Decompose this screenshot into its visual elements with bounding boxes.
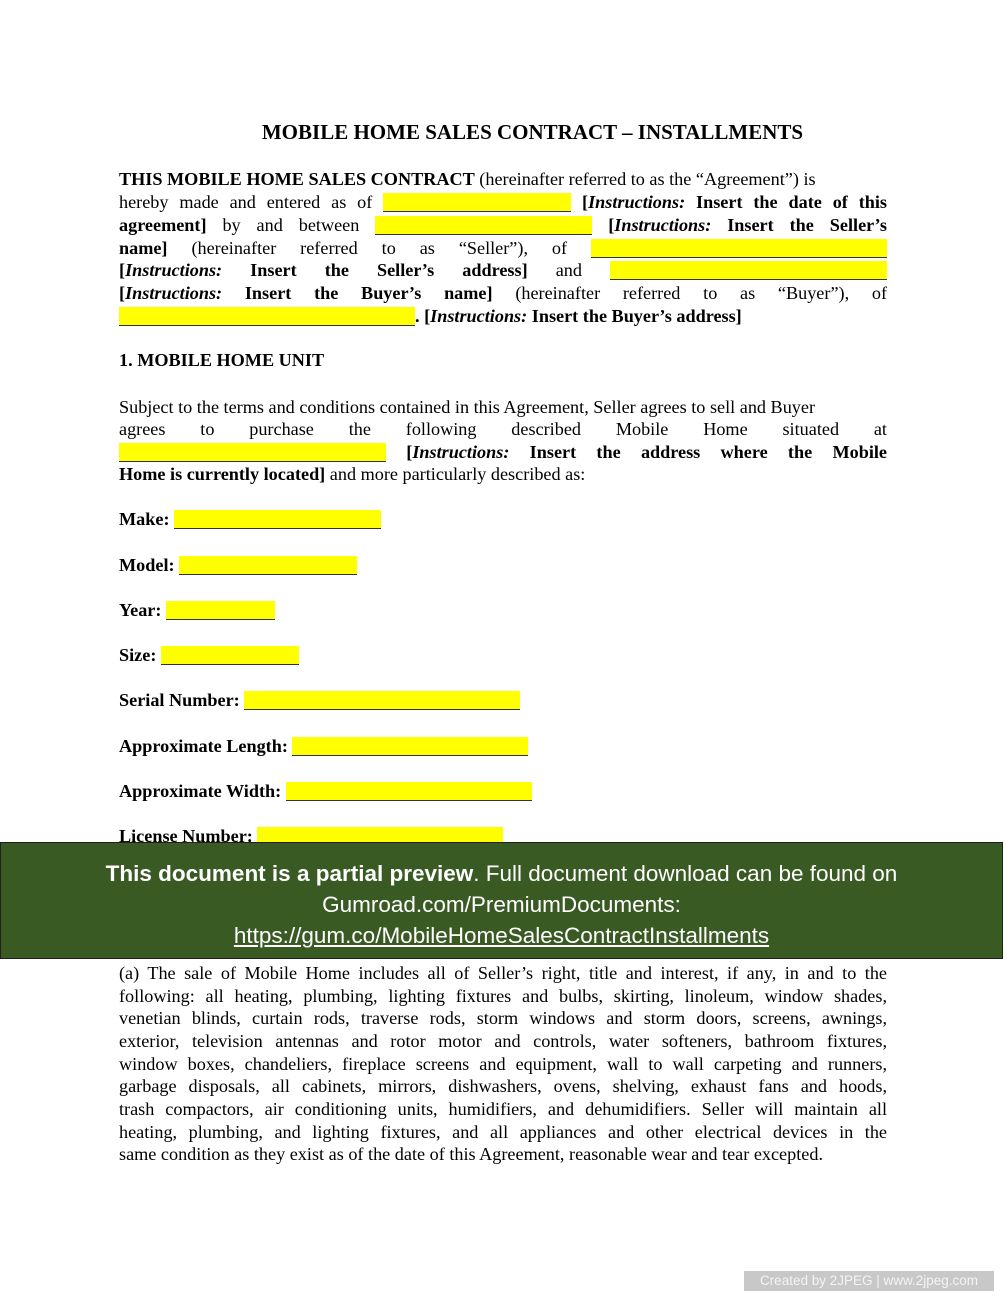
instructions-text: Insert the address where the Mobile <box>530 442 887 462</box>
mobile-home-address-field[interactable] <box>119 443 386 462</box>
field-label: Year: <box>119 600 161 620</box>
section-heading: 1. MOBILE HOME UNIT <box>119 350 324 371</box>
intro-text: (hereinafter referred to as “Buyer”), of <box>515 283 887 303</box>
banner-text: . Full document download can be found on <box>473 861 897 886</box>
paragraph-a-line: (a) The sale of Mobile Home includes all… <box>119 962 887 984</box>
serial-number-input[interactable] <box>244 691 520 710</box>
instructions-label: Instructions: <box>614 215 711 235</box>
intro-text: (hereinafter referred to as “Seller”), o… <box>191 238 567 258</box>
field-serial-number: Serial Number: <box>119 689 887 711</box>
buyer-address-field[interactable] <box>119 307 415 326</box>
make-input[interactable] <box>174 510 381 529</box>
intro-line-5: [Instructions: Insert the Seller’s addre… <box>119 259 887 281</box>
section-text: and more particularly described as: <box>325 464 585 484</box>
paragraph-a-line: following: all heating, plumbing, lighti… <box>119 985 887 1007</box>
paragraph-a-line: trash compactors, air conditioning units… <box>119 1098 887 1120</box>
instructions-text: Insert the Buyer’s name] <box>245 283 493 303</box>
document-title: MOBILE HOME SALES CONTRACT – INSTALLMENT… <box>0 120 1005 145</box>
instructions-label: Instructions: <box>125 260 222 280</box>
intro-line-7: . [Instructions: Insert the Buyer’s addr… <box>119 305 887 327</box>
field-year: Year: <box>119 599 887 621</box>
agreement-date-field[interactable] <box>383 193 571 212</box>
paragraph-a-line: exterior, television antennas and rotor … <box>119 1030 887 1052</box>
intro-contract-name: THIS MOBILE HOME SALES CONTRACT <box>119 169 475 189</box>
download-link[interactable]: https://gum.co/MobileHomeSalesContractIn… <box>234 923 769 948</box>
banner-line-1: This document is a partial preview. Full… <box>1 858 1002 889</box>
intro-line-6: [Instructions: Insert the Buyer’s name] … <box>119 282 887 304</box>
instructions-label: Instructions: <box>125 283 222 303</box>
year-input[interactable] <box>166 601 275 620</box>
paragraph-a-line: window boxes, chandeliers, fireplace scr… <box>119 1053 887 1075</box>
approximate-width-input[interactable] <box>286 782 532 801</box>
buyer-name-field[interactable] <box>610 261 887 280</box>
paragraph-a-line: venetian blinds, curtain rods, traverse … <box>119 1007 887 1029</box>
field-label: Size: <box>119 645 156 665</box>
field-approximate-length: Approximate Length: <box>119 735 887 757</box>
document-page: MOBILE HOME SALES CONTRACT – INSTALLMENT… <box>0 0 1005 1301</box>
field-model: Model: <box>119 554 887 576</box>
intro-line-3: agreement] by and between [Instructions:… <box>119 214 887 236</box>
intro-line-4: name] (hereinafter referred to as “Selle… <box>119 237 887 259</box>
watermark: Created by 2JPEG | www.2jpeg.com <box>744 1271 994 1291</box>
paragraph-a-line: same condition as they exist as of the d… <box>119 1143 887 1165</box>
instructions-text: Insert the date of this <box>696 192 887 212</box>
intro-text: by and between <box>222 215 359 235</box>
seller-address-field[interactable] <box>591 239 887 258</box>
instructions-text: Insert the Seller’s address] <box>250 260 527 280</box>
instructions-text: Insert the Seller’s <box>727 215 887 235</box>
size-input[interactable] <box>161 646 299 665</box>
field-label: Model: <box>119 555 175 575</box>
intro-text: hereby made and entered as of <box>119 192 372 212</box>
field-label: Serial Number: <box>119 690 240 710</box>
instructions-label: Instructions: <box>430 306 527 326</box>
seller-name-field[interactable] <box>375 216 592 235</box>
banner-line-2: Gumroad.com/PremiumDocuments: <box>1 889 1002 920</box>
field-make: Make: <box>119 508 887 530</box>
instructions-text: Insert the Buyer’s address] <box>532 306 742 326</box>
intro-text: (hereinafter referred to as the “Agreeme… <box>475 169 816 189</box>
approximate-length-input[interactable] <box>292 737 528 756</box>
instructions-text: agreement] <box>119 215 207 235</box>
intro-line-1: THIS MOBILE HOME SALES CONTRACT (hereina… <box>119 168 887 190</box>
field-size: Size: <box>119 644 887 666</box>
banner-bold-text: This document is a partial preview <box>106 861 474 886</box>
instructions-text: Home is currently located] <box>119 464 325 484</box>
section1-line-4: Home is currently located] and more part… <box>119 463 887 485</box>
field-label: Approximate Length: <box>119 736 288 756</box>
field-label: Approximate Width: <box>119 781 281 801</box>
field-label: Make: <box>119 509 170 529</box>
preview-banner: This document is a partial preview. Full… <box>0 842 1003 959</box>
instructions-text: name] <box>119 238 168 258</box>
intro-line-2: hereby made and entered as of [Instructi… <box>119 191 887 213</box>
paragraph-a-line: garbage disposals, all cabinets, mirrors… <box>119 1075 887 1097</box>
section1-line-2: agrees to purchase the following describ… <box>119 418 887 440</box>
intro-text: and <box>556 260 582 280</box>
model-input[interactable] <box>179 556 357 575</box>
instructions-label: Instructions: <box>588 192 685 212</box>
section1-line-1: Subject to the terms and conditions cont… <box>119 396 887 418</box>
instructions-label: Instructions: <box>412 442 509 462</box>
field-approximate-width: Approximate Width: <box>119 780 887 802</box>
paragraph-a-line: heating, plumbing, and lighting fixtures… <box>119 1121 887 1143</box>
section1-line-3: [Instructions: Insert the address where … <box>119 441 887 463</box>
